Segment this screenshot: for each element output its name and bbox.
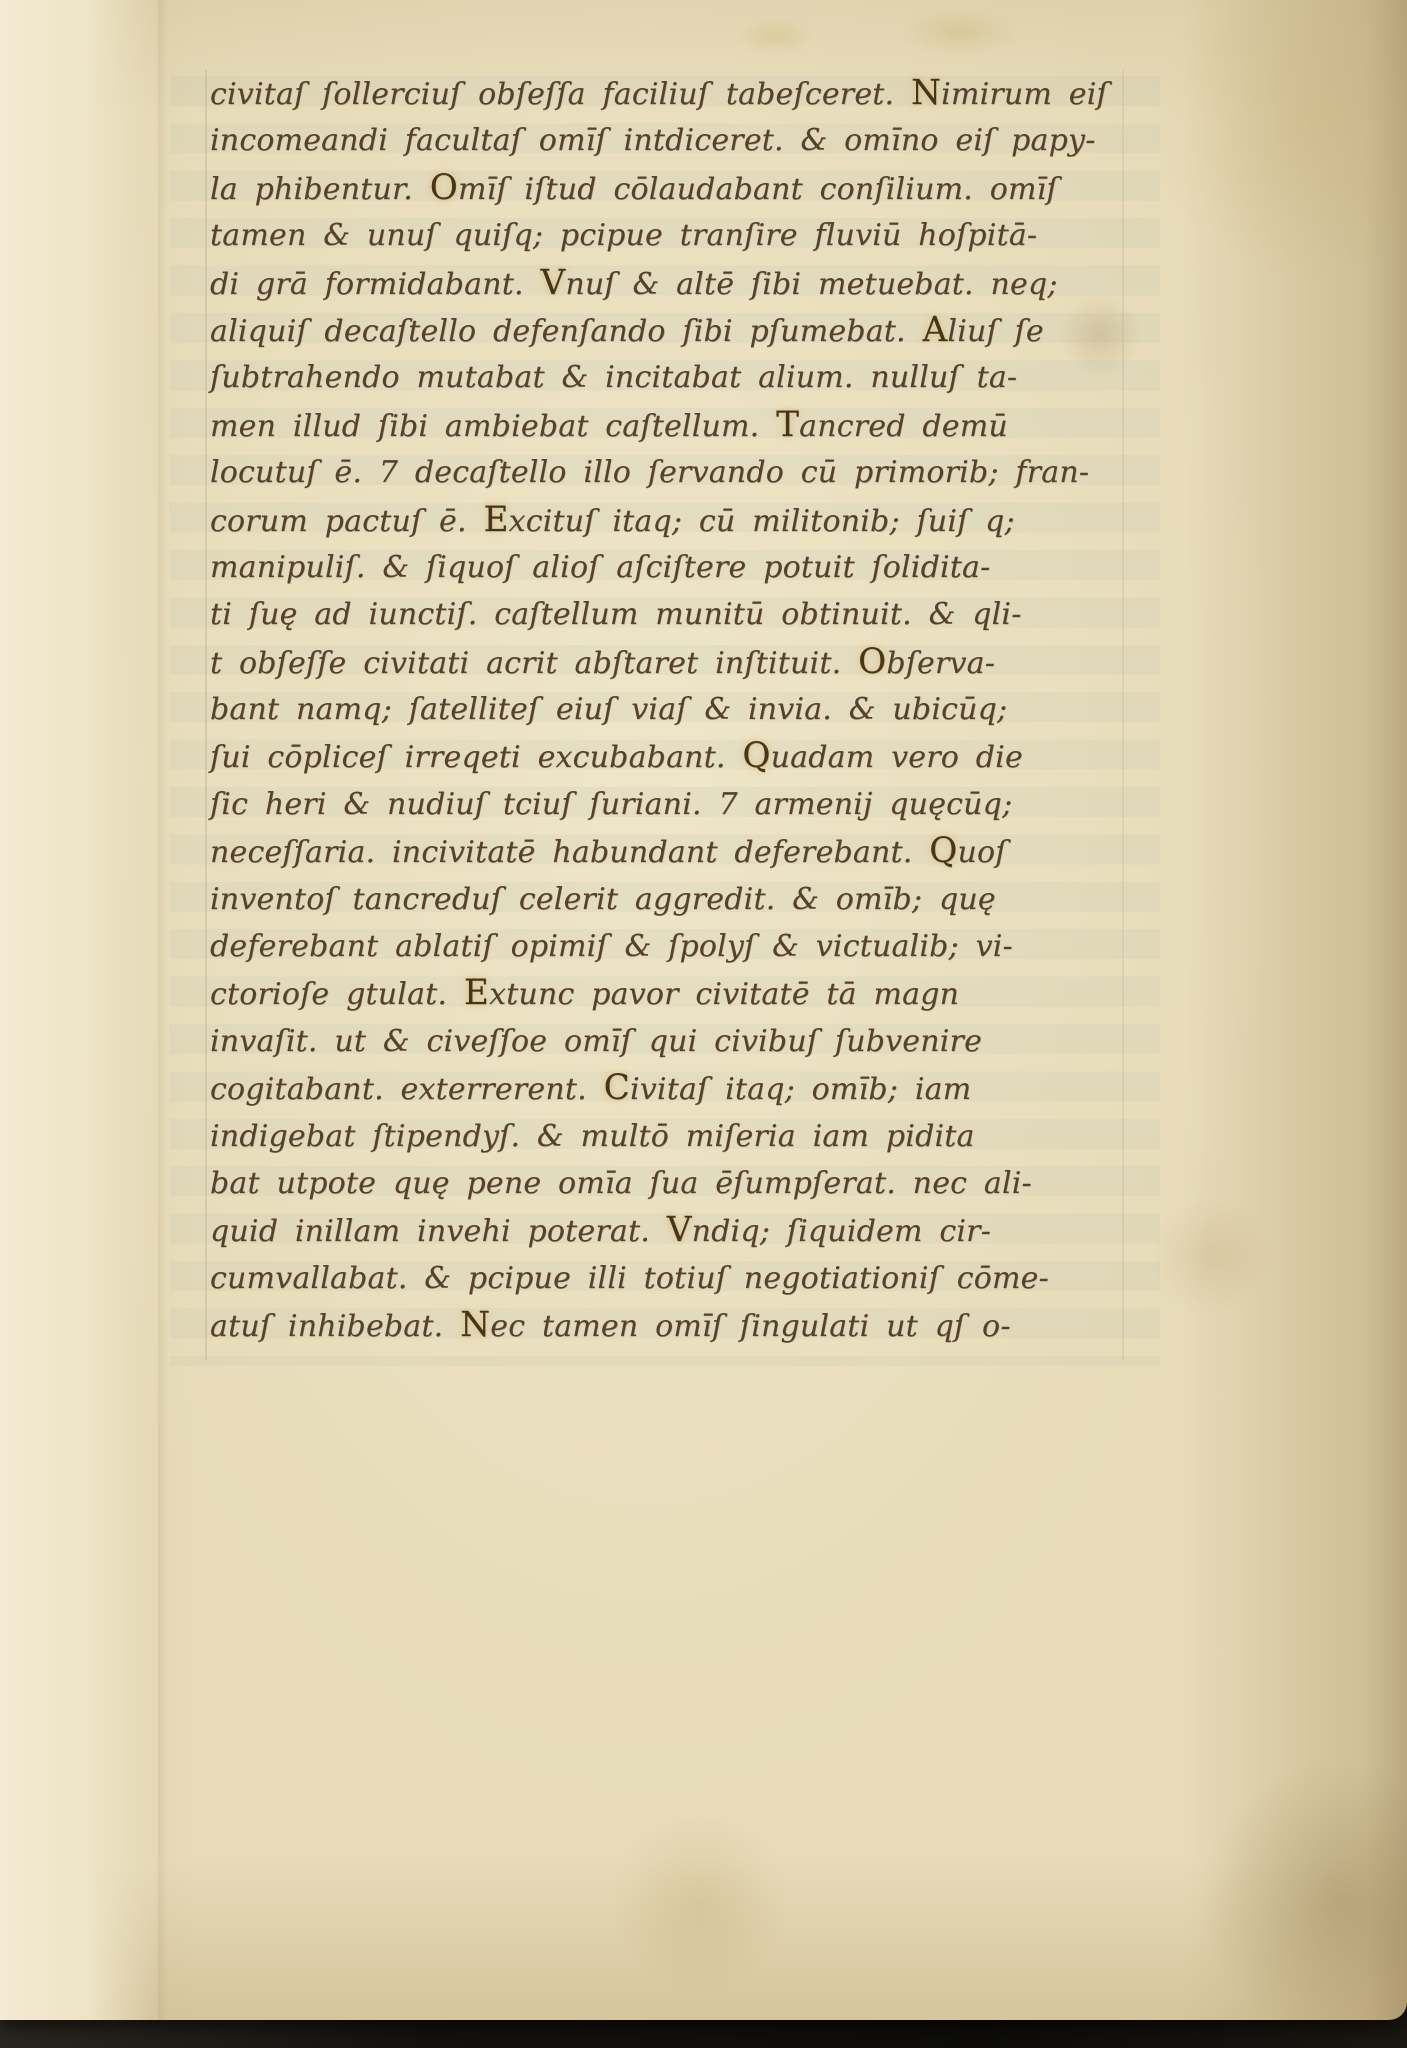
initial-capital: O xyxy=(858,642,886,682)
initial-capital: A xyxy=(923,310,948,350)
manuscript-line: cogitabant. exterrerent. Civitaſ itaq; o… xyxy=(210,1065,1020,1112)
page-gutter xyxy=(0,0,160,2020)
initial-capital: V xyxy=(667,1210,692,1250)
ruling-line-right xyxy=(1122,70,1124,1360)
manuscript-page: civitaſ ſollerciuſ obſeſſa faciliuſ tabe… xyxy=(0,0,1407,2020)
initial-capital: V xyxy=(540,263,565,303)
ruling-line-left xyxy=(205,70,207,1360)
manuscript-line: ſubtrahendo mutabat & incitabat alium. n… xyxy=(210,354,1020,401)
manuscript-line: incomeandi facultaſ omīſ intdiceret. & o… xyxy=(210,117,1020,164)
manuscript-line: tamen & unuſ quiſq; pcipue tranſire fluv… xyxy=(210,212,1020,259)
manuscript-line: civitaſ ſollerciuſ obſeſſa faciliuſ tabe… xyxy=(210,70,1020,117)
initial-capital: E xyxy=(483,500,508,540)
initial-capital: C xyxy=(604,1068,630,1108)
manuscript-line: manipuliſ. & ſiquoſ alioſ aſciſtere potu… xyxy=(210,544,1020,591)
faint-inscription xyxy=(735,18,815,54)
manuscript-line: bant namq; ſatelliteſ eiuſ viaſ & invia.… xyxy=(210,686,1020,733)
initial-capital: Q xyxy=(742,736,770,776)
manuscript-line: ſui cōpliceſ irreqeti excubabant. Quadam… xyxy=(210,733,1020,780)
initial-capital: O xyxy=(430,168,458,208)
manuscript-line: aliquiſ decaſtello defenſando ſibi pſume… xyxy=(210,307,1020,354)
manuscript-line: men illud ſibi ambiebat caſtellum. Tancr… xyxy=(210,402,1020,449)
initial-capital: Q xyxy=(929,831,957,871)
manuscript-line: inventoſ tancreduſ celerit aggredit. & o… xyxy=(210,876,1020,923)
initial-capital: N xyxy=(460,1305,490,1345)
initial-capital: E xyxy=(464,973,489,1013)
manuscript-line: ctorioſe gtulat. Extunc pavor civitatē t… xyxy=(210,970,1020,1017)
initial-capital: N xyxy=(911,73,941,113)
text-block: civitaſ ſollerciuſ obſeſſa faciliuſ tabe… xyxy=(210,70,1020,1350)
faint-inscription xyxy=(900,8,1020,56)
gutter-shadow xyxy=(158,0,168,2020)
manuscript-line: atuſ inhibebat. Nec tamen omīſ ſingulati… xyxy=(210,1302,1020,1349)
manuscript-line: corum pactuſ ē. Excituſ itaq; cū militon… xyxy=(210,497,1020,544)
manuscript-line: bat utpote quę pene omīa ſua ēſumpſerat.… xyxy=(210,1160,1020,1207)
manuscript-line: deferebant ablatiſ opimiſ & ſpolyſ & vic… xyxy=(210,923,1020,970)
manuscript-line: cumvallabat. & pcipue illi totiuſ negoti… xyxy=(210,1255,1020,1302)
manuscript-line: la phibentur. Omīſ iſtud cōlaudabant con… xyxy=(210,165,1020,212)
manuscript-line: t obſeſſe civitati acrit abſtaret inſtit… xyxy=(210,639,1020,686)
manuscript-line: ſic heri & nudiuſ tciuſ ſuriani. 7 armen… xyxy=(210,781,1020,828)
manuscript-line: invaſit. ut & civeſſoe omīſ qui civibuſ … xyxy=(210,1018,1020,1065)
initial-capital: T xyxy=(776,405,799,445)
manuscript-line: di grā formidabant. Vnuſ & altē ſibi met… xyxy=(210,260,1020,307)
manuscript-line: locutuſ ē. 7 decaſtello illo ſervando cū… xyxy=(210,449,1020,496)
manuscript-line: neceſſaria. incivitatē habundant defereb… xyxy=(210,828,1020,875)
manuscript-line: quid inillam invehi poterat. Vndiq; ſiqu… xyxy=(210,1207,1020,1254)
manuscript-line: ti ſuę ad iunctiſ. caſtellum munitū obti… xyxy=(210,591,1020,638)
manuscript-line: indigebat ſtipendyſ. & multō miſeria iam… xyxy=(210,1113,1020,1160)
